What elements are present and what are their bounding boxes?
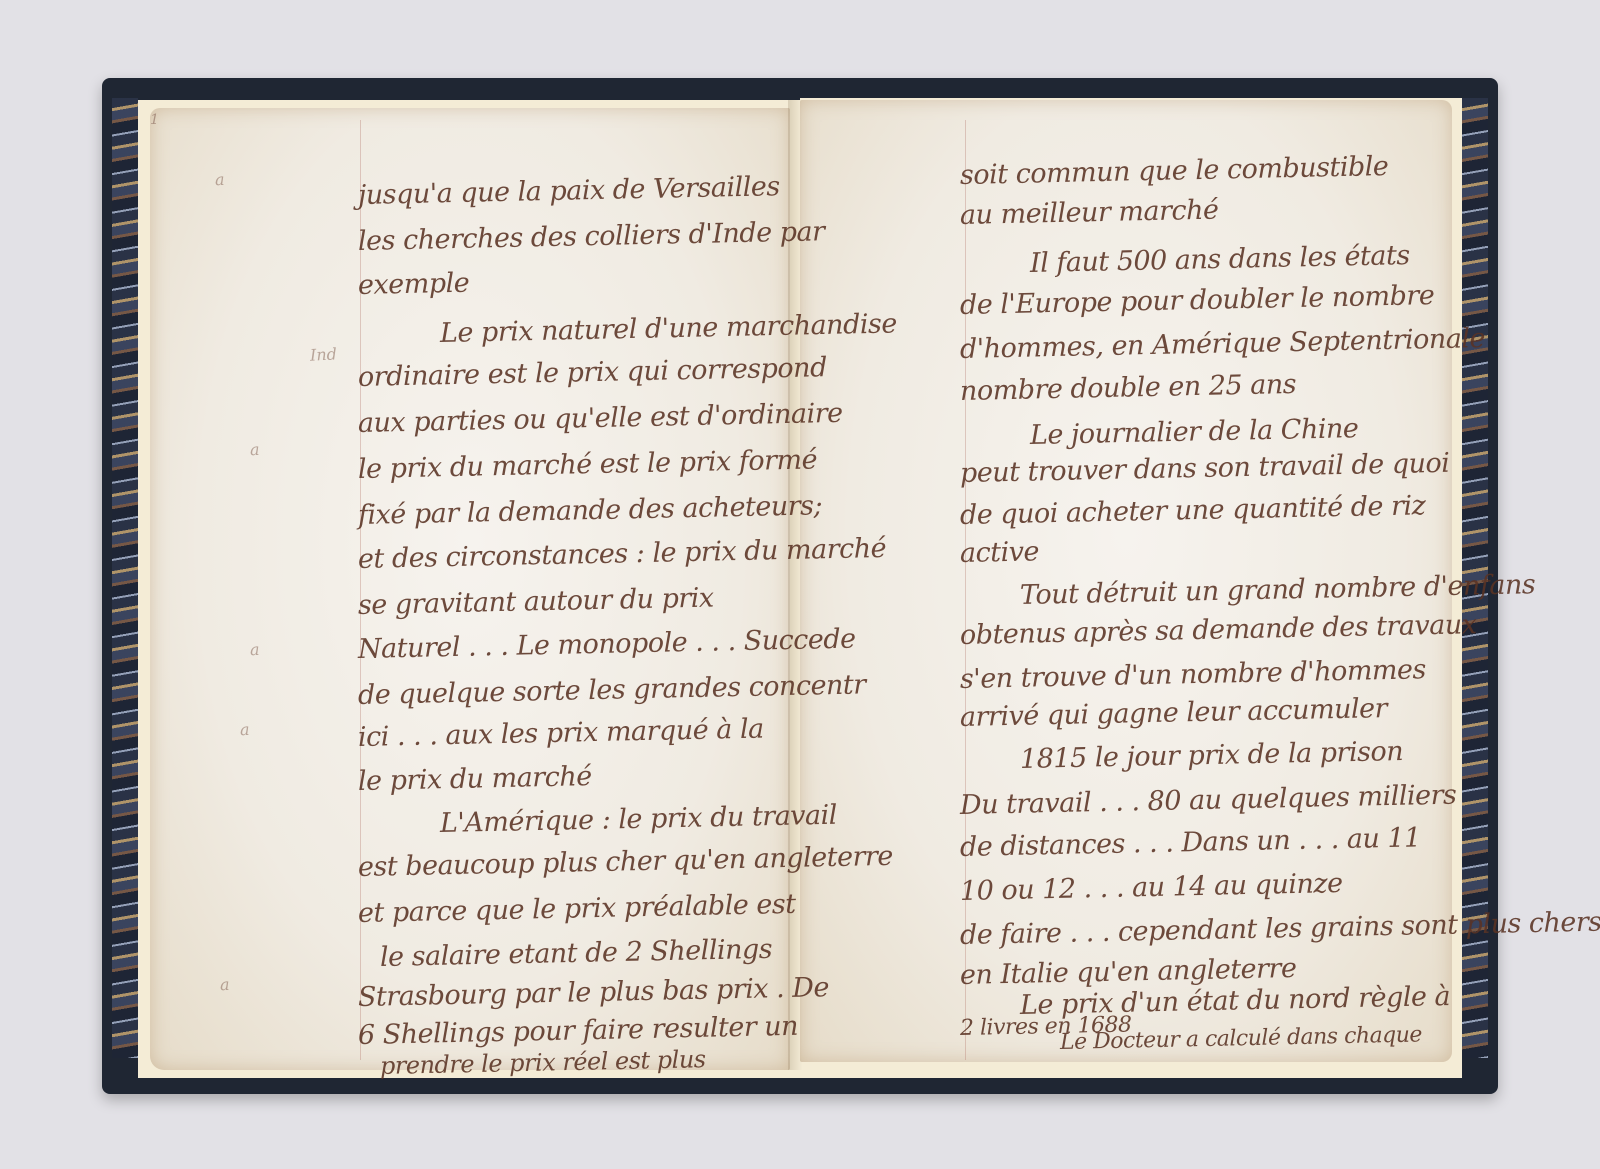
handwritten-line: au meilleur marché (960, 195, 1219, 231)
margin-note: a (250, 640, 261, 659)
margin-note: a (250, 440, 261, 459)
margin-note: a (220, 975, 231, 994)
margin-note: a (240, 720, 251, 739)
marbled-panel-left (112, 98, 138, 1058)
handwritten-line: le prix du marché (358, 761, 592, 797)
margin-note: Ind (310, 344, 338, 364)
handwritten-line: active (960, 536, 1040, 569)
margin-note: a (215, 170, 226, 189)
corner-mark: 1 (150, 112, 159, 128)
handwritten-line: exemple (358, 268, 470, 301)
